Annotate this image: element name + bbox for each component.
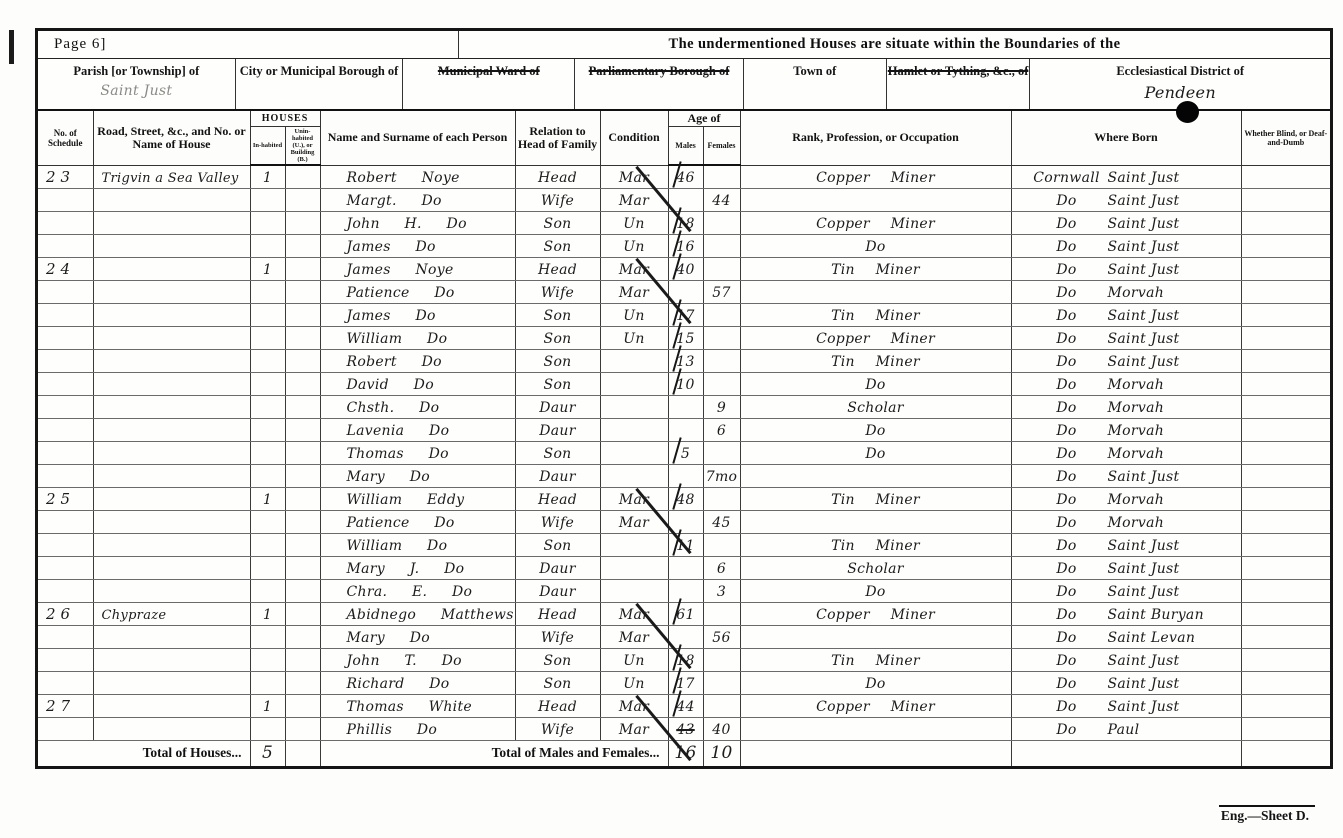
census-row: Mary J. DoDaur6ScholarDoSaint Just <box>38 556 1330 579</box>
schedule-number <box>38 441 93 464</box>
infirmity <box>1241 671 1330 694</box>
infirmity <box>1241 395 1330 418</box>
houses-inhabited-text: 1 <box>263 262 272 278</box>
person-name-text: James Noye <box>347 262 454 278</box>
occupation-text: Tin Miner <box>831 538 920 554</box>
houses-inhabited: 1 <box>250 257 285 280</box>
age-female: 44 <box>703 188 740 211</box>
house-address <box>93 487 250 510</box>
person-name-text: Mary Do <box>347 630 431 646</box>
schedule-number-text: 24 <box>40 260 75 278</box>
total-houses-label: Total of Houses... <box>38 740 250 766</box>
condition: Un <box>600 211 668 234</box>
houses-inhabited: 1 <box>250 165 285 188</box>
age-female-text: 9 <box>717 400 726 416</box>
houses-uninhabited <box>285 441 320 464</box>
houses-uninhabited <box>285 211 320 234</box>
occupation-text: Copper Miner <box>816 331 935 347</box>
where-born: DoSaint Just <box>1011 188 1241 211</box>
infirmity <box>1241 372 1330 395</box>
houses-uninhabited <box>285 418 320 441</box>
age-female <box>703 257 740 280</box>
condition-text: Un <box>623 331 644 347</box>
age-male: 16 <box>668 234 703 257</box>
born-county-text: Do <box>1026 308 1108 324</box>
field-parliamentary-borough-label: Parliamentary Borough of <box>589 64 730 78</box>
born-parish-text: Morvah <box>1108 492 1165 508</box>
infirmity <box>1241 211 1330 234</box>
relation-to-head: Head <box>515 694 600 717</box>
houses-uninhabited <box>285 372 320 395</box>
relation-to-head-text: Daur <box>539 561 575 577</box>
census-row: Margt. DoWifeMar44DoSaint Just <box>38 188 1330 211</box>
born-county-text: Do <box>1026 193 1108 209</box>
condition: Mar <box>600 487 668 510</box>
relation-to-head-text: Daur <box>539 469 575 485</box>
person-name-text: Lavenia Do <box>347 423 450 439</box>
age-female <box>703 234 740 257</box>
house-address <box>93 234 250 257</box>
person-name-text: Phillis Do <box>347 722 438 738</box>
census-row: 271Thomas WhiteHeadMar44Copper MinerDoSa… <box>38 694 1330 717</box>
occupation: Do <box>740 372 1011 395</box>
where-born: DoSaint Levan <box>1011 625 1241 648</box>
houses-inhabited <box>250 671 285 694</box>
born-county-text: Do <box>1026 469 1108 485</box>
relation-to-head-text: Daur <box>539 584 575 600</box>
condition: Mar <box>600 257 668 280</box>
relation-to-head-text: Wife <box>541 515 574 531</box>
age-male-text: 43 <box>676 722 694 738</box>
house-address <box>93 464 250 487</box>
field-ecclesiastical-district-label: Ecclesiastical District of <box>1116 64 1244 78</box>
age-male <box>668 464 703 487</box>
age-female <box>703 211 740 234</box>
age-female-text: 6 <box>717 423 726 439</box>
occupation-text: Tin Miner <box>831 653 920 669</box>
schedule-number <box>38 533 93 556</box>
born-parish-text: Saint Just <box>1108 193 1180 209</box>
occupation-text: Tin Miner <box>831 492 920 508</box>
relation-to-head: Son <box>515 441 600 464</box>
census-row: 23Trigvin a Sea Valley1Robert NoyeHeadMa… <box>38 165 1330 188</box>
schedule-number: 27 <box>38 694 93 717</box>
born-county-text: Do <box>1026 722 1108 738</box>
houses-inhabited <box>250 395 285 418</box>
house-address <box>93 349 250 372</box>
occupation: Tin Miner <box>740 487 1011 510</box>
relation-to-head-text: Wife <box>541 722 574 738</box>
born-county-text: Do <box>1026 699 1108 715</box>
schedule-number-text <box>40 651 46 669</box>
infirmity <box>1241 717 1330 740</box>
field-parliamentary-borough: Parliamentary Borough of <box>574 59 743 109</box>
house-address <box>93 188 250 211</box>
person-name: David Do <box>320 372 515 395</box>
relation-to-head-text: Son <box>544 308 572 324</box>
age-female: 6 <box>703 418 740 441</box>
age-male: 18 <box>668 648 703 671</box>
person-name-text: Margt. Do <box>347 193 442 209</box>
age-male-text: 44 <box>676 699 694 715</box>
field-ecclesiastical-district-value: Pendeen <box>1030 83 1330 102</box>
person-name: William Eddy <box>320 487 515 510</box>
where-born: DoSaint Just <box>1011 303 1241 326</box>
relation-to-head: Son <box>515 372 600 395</box>
person-name-text: Robert Do <box>347 354 442 370</box>
infirmity <box>1241 188 1330 211</box>
condition <box>600 556 668 579</box>
age-male: 5 <box>668 441 703 464</box>
age-male-text: 10 <box>676 377 694 393</box>
age-female <box>703 326 740 349</box>
schedule-number-text: 26 <box>40 605 75 623</box>
field-hamlet-label: Hamlet or Tything, &c., of <box>888 64 1029 78</box>
age-male-text: 48 <box>676 492 694 508</box>
person-name: Mary Do <box>320 464 515 487</box>
infirmity <box>1241 602 1330 625</box>
house-address <box>93 303 250 326</box>
houses-inhabited-text: 1 <box>263 492 272 508</box>
person-name: John T. Do <box>320 648 515 671</box>
houses-inhabited <box>250 625 285 648</box>
house-address <box>93 280 250 303</box>
age-female-text: 40 <box>712 722 730 738</box>
schedule-number: 26 <box>38 602 93 625</box>
houses-uninhabited <box>285 533 320 556</box>
schedule-number-text: 25 <box>40 490 75 508</box>
person-name-text: Patience Do <box>347 285 455 301</box>
infirmity <box>1241 556 1330 579</box>
house-address <box>93 326 250 349</box>
age-female: 57 <box>703 280 740 303</box>
houses-inhabited: 1 <box>250 487 285 510</box>
born-parish-text: Saint Just <box>1108 331 1180 347</box>
relation-to-head: Son <box>515 326 600 349</box>
relation-to-head: Head <box>515 602 600 625</box>
field-city-borough: City or Municipal Borough of <box>235 59 403 109</box>
born-parish-text: Saint Just <box>1108 676 1180 692</box>
born-parish-text: Paul <box>1108 722 1140 738</box>
born-parish-text: Morvah <box>1108 423 1165 439</box>
relation-to-head-text: Son <box>544 538 572 554</box>
house-address-text: Trigvin a Sea Valley <box>102 171 239 186</box>
condition-text: Un <box>623 308 644 324</box>
born-county-text: Do <box>1026 607 1108 623</box>
where-born: DoSaint Just <box>1011 257 1241 280</box>
occupation <box>740 464 1011 487</box>
age-female <box>703 487 740 510</box>
condition: Un <box>600 234 668 257</box>
houses-uninhabited <box>285 395 320 418</box>
col-header-houses: HOUSES <box>250 111 320 127</box>
age-male: 48 <box>668 487 703 510</box>
age-female-text: 7mo <box>706 469 738 485</box>
occupation: Tin Miner <box>740 303 1011 326</box>
schedule-number: 23 <box>38 165 93 188</box>
where-born: DoSaint Just <box>1011 556 1241 579</box>
relation-to-head: Son <box>515 303 600 326</box>
person-name-text: John H. Do <box>347 216 467 232</box>
houses-inhabited <box>250 441 285 464</box>
age-male <box>668 395 703 418</box>
schedule-number <box>38 188 93 211</box>
occupation-text: Copper Miner <box>816 699 935 715</box>
house-address-text: Chypraze <box>102 608 167 623</box>
born-parish-text: Saint Just <box>1108 354 1180 370</box>
schedule-number-text <box>40 191 46 209</box>
schedule-number-text <box>40 398 46 416</box>
schedule-number-text <box>40 582 46 600</box>
age-female: 45 <box>703 510 740 533</box>
person-name: Chsth. Do <box>320 395 515 418</box>
person-name-text: John T. Do <box>347 653 462 669</box>
infirmity <box>1241 441 1330 464</box>
relation-to-head-text: Daur <box>539 400 575 416</box>
schedule-number <box>38 510 93 533</box>
census-row: David DoSon10DoDoMorvah <box>38 372 1330 395</box>
person-name: Richard Do <box>320 671 515 694</box>
age-male: 61 <box>668 602 703 625</box>
person-name: James Do <box>320 303 515 326</box>
age-female: 7mo <box>703 464 740 487</box>
infirmity <box>1241 510 1330 533</box>
condition: Un <box>600 671 668 694</box>
person-name-text: Thomas Do <box>347 446 449 462</box>
condition: Un <box>600 648 668 671</box>
age-male: 43 <box>668 717 703 740</box>
total-females-number: 10 <box>710 743 732 763</box>
col-header-inhabited: In-habited <box>250 127 285 166</box>
house-address <box>93 671 250 694</box>
sheet-reference: Eng.—Sheet D. <box>1219 805 1315 824</box>
infirmity <box>1241 464 1330 487</box>
age-female <box>703 165 740 188</box>
born-parish-text: Saint Buryan <box>1108 607 1204 623</box>
schedule-number <box>38 349 93 372</box>
age-female: 3 <box>703 579 740 602</box>
condition-text: Un <box>623 239 644 255</box>
infirmity <box>1241 579 1330 602</box>
age-male: 11 <box>668 533 703 556</box>
occupation: Copper Miner <box>740 165 1011 188</box>
occupation-text: Do <box>865 423 885 439</box>
person-name: Chra. E. Do <box>320 579 515 602</box>
occupation: Copper Miner <box>740 694 1011 717</box>
field-ecclesiastical-district: Ecclesiastical District of Pendeen <box>1029 59 1330 109</box>
schedule-number <box>38 625 93 648</box>
house-address <box>93 395 250 418</box>
census-row: 251William EddyHeadMar48Tin MinerDoMorva… <box>38 487 1330 510</box>
where-born: DoMorvah <box>1011 280 1241 303</box>
relation-to-head-text: Son <box>544 653 572 669</box>
age-male-text: 5 <box>681 446 690 462</box>
where-born: DoSaint Just <box>1011 326 1241 349</box>
houses-inhabited <box>250 648 285 671</box>
condition: Mar <box>600 694 668 717</box>
person-name-text: James Do <box>347 308 436 324</box>
age-male: 44 <box>668 694 703 717</box>
born-county-text: Do <box>1026 492 1108 508</box>
person-name: Patience Do <box>320 280 515 303</box>
houses-inhabited <box>250 464 285 487</box>
col-header-infirm: Whether Blind, or Deaf-and-Dumb <box>1241 111 1330 165</box>
where-born: DoSaint Just <box>1011 533 1241 556</box>
born-parish-text: Saint Just <box>1108 216 1180 232</box>
field-parish-label: Parish [or Township] of <box>73 64 199 78</box>
age-male <box>668 418 703 441</box>
person-name: John H. Do <box>320 211 515 234</box>
condition <box>600 441 668 464</box>
age-male: 13 <box>668 349 703 372</box>
person-name-text: David Do <box>347 377 434 393</box>
occupation: Tin Miner <box>740 257 1011 280</box>
col-header-schedule: No. of Schedule <box>38 111 93 165</box>
houses-uninhabited <box>285 464 320 487</box>
born-parish-text: Saint Just <box>1108 308 1180 324</box>
condition: Mar <box>600 165 668 188</box>
relation-to-head: Wife <box>515 188 600 211</box>
houses-inhabited <box>250 188 285 211</box>
col-header-born: Where Born <box>1011 111 1241 165</box>
person-name: Thomas White <box>320 694 515 717</box>
where-born: CornwallSaint Just <box>1011 165 1241 188</box>
schedule-number-text <box>40 536 46 554</box>
relation-to-head: Daur <box>515 579 600 602</box>
condition <box>600 372 668 395</box>
occupation: Copper Miner <box>740 211 1011 234</box>
field-hamlet: Hamlet or Tything, &c., of <box>886 59 1030 109</box>
relation-to-head-text: Son <box>544 446 572 462</box>
infirmity <box>1241 487 1330 510</box>
total-occ-blank <box>740 740 1011 766</box>
born-county-text: Cornwall <box>1026 170 1108 186</box>
total-uninhabited-blank <box>285 740 320 766</box>
house-address <box>93 372 250 395</box>
col-header-relation: Relation to Head of Family <box>515 111 600 165</box>
col-header-females: Females <box>703 127 740 166</box>
top-strip: Page 6] The undermentioned Houses are si… <box>38 31 1330 59</box>
person-name-text: William Do <box>347 331 448 347</box>
person-name-text: Thomas White <box>347 699 472 715</box>
person-name: Abidnego Matthews <box>320 602 515 625</box>
relation-to-head-text: Son <box>544 239 572 255</box>
relation-to-head: Son <box>515 533 600 556</box>
born-parish-text: Morvah <box>1108 446 1165 462</box>
born-county-text: Do <box>1026 216 1108 232</box>
occupation: Tin Miner <box>740 349 1011 372</box>
born-parish-text: Saint Just <box>1108 653 1180 669</box>
occupation: Copper Miner <box>740 326 1011 349</box>
table-header: No. of Schedule Road, Street, &c., and N… <box>38 111 1330 165</box>
born-parish-text: Saint Just <box>1108 538 1180 554</box>
houses-uninhabited <box>285 556 320 579</box>
relation-to-head: Wife <box>515 625 600 648</box>
occupation: Do <box>740 441 1011 464</box>
age-male: 17 <box>668 303 703 326</box>
person-name-text: Patience Do <box>347 515 455 531</box>
occupation-text: Tin Miner <box>831 308 920 324</box>
condition: Mar <box>600 602 668 625</box>
house-address <box>93 556 250 579</box>
schedule-number-text <box>40 559 46 577</box>
person-name-text: William Do <box>347 538 448 554</box>
where-born: DoMorvah <box>1011 418 1241 441</box>
houses-uninhabited <box>285 671 320 694</box>
census-row: Lavenia DoDaur6DoDoMorvah <box>38 418 1330 441</box>
total-born-blank <box>1011 740 1241 766</box>
person-name: Thomas Do <box>320 441 515 464</box>
age-female <box>703 671 740 694</box>
born-county-text: Do <box>1026 446 1108 462</box>
age-male: 40 <box>668 257 703 280</box>
person-name: James Do <box>320 234 515 257</box>
occupation: Do <box>740 418 1011 441</box>
relation-to-head-text: Wife <box>541 193 574 209</box>
houses-uninhabited <box>285 326 320 349</box>
relation-to-head: Daur <box>515 395 600 418</box>
where-born: DoMorvah <box>1011 441 1241 464</box>
schedule-number <box>38 326 93 349</box>
age-male <box>668 188 703 211</box>
schedule-number-text <box>40 352 46 370</box>
census-body: 23Trigvin a Sea Valley1Robert NoyeHeadMa… <box>38 165 1330 740</box>
age-male: 17 <box>668 671 703 694</box>
relation-to-head-text: Daur <box>539 423 575 439</box>
relation-to-head: Head <box>515 257 600 280</box>
occupation-text: Do <box>865 239 885 255</box>
houses-uninhabited <box>285 717 320 740</box>
born-county-text: Do <box>1026 630 1108 646</box>
house-address <box>93 257 250 280</box>
born-county-text: Do <box>1026 285 1108 301</box>
where-born: DoSaint Just <box>1011 211 1241 234</box>
person-name: Mary Do <box>320 625 515 648</box>
age-female: 56 <box>703 625 740 648</box>
infirmity <box>1241 326 1330 349</box>
where-born: DoMorvah <box>1011 395 1241 418</box>
born-county-text: Do <box>1026 676 1108 692</box>
where-born: DoMorvah <box>1011 487 1241 510</box>
schedule-number-text <box>40 375 46 393</box>
age-male <box>668 556 703 579</box>
houses-inhabited: 1 <box>250 602 285 625</box>
infirmity <box>1241 648 1330 671</box>
age-male: 15 <box>668 326 703 349</box>
house-address <box>93 648 250 671</box>
age-female <box>703 372 740 395</box>
person-name-text: William Eddy <box>347 492 465 508</box>
schedule-number-text <box>40 720 46 738</box>
occupation-text: Scholar <box>847 561 904 577</box>
born-county-text: Do <box>1026 423 1108 439</box>
where-born: DoSaint Just <box>1011 349 1241 372</box>
houses-inhabited <box>250 579 285 602</box>
census-form: Page 6] The undermentioned Houses are si… <box>35 28 1333 769</box>
houses-uninhabited <box>285 694 320 717</box>
relation-to-head: Daur <box>515 418 600 441</box>
born-parish-text: Saint Just <box>1108 239 1180 255</box>
schedule-number-text <box>40 513 46 531</box>
census-row: Mary DoDaur7moDoSaint Just <box>38 464 1330 487</box>
born-parish-text: Morvah <box>1108 285 1165 301</box>
occupation-text: Tin Miner <box>831 354 920 370</box>
houses-inhabited-text: 1 <box>263 170 272 186</box>
condition <box>600 579 668 602</box>
age-female <box>703 441 740 464</box>
infirmity <box>1241 280 1330 303</box>
col-header-uninhabited: Unin-habited (U.), or Building (B.) <box>285 127 320 166</box>
